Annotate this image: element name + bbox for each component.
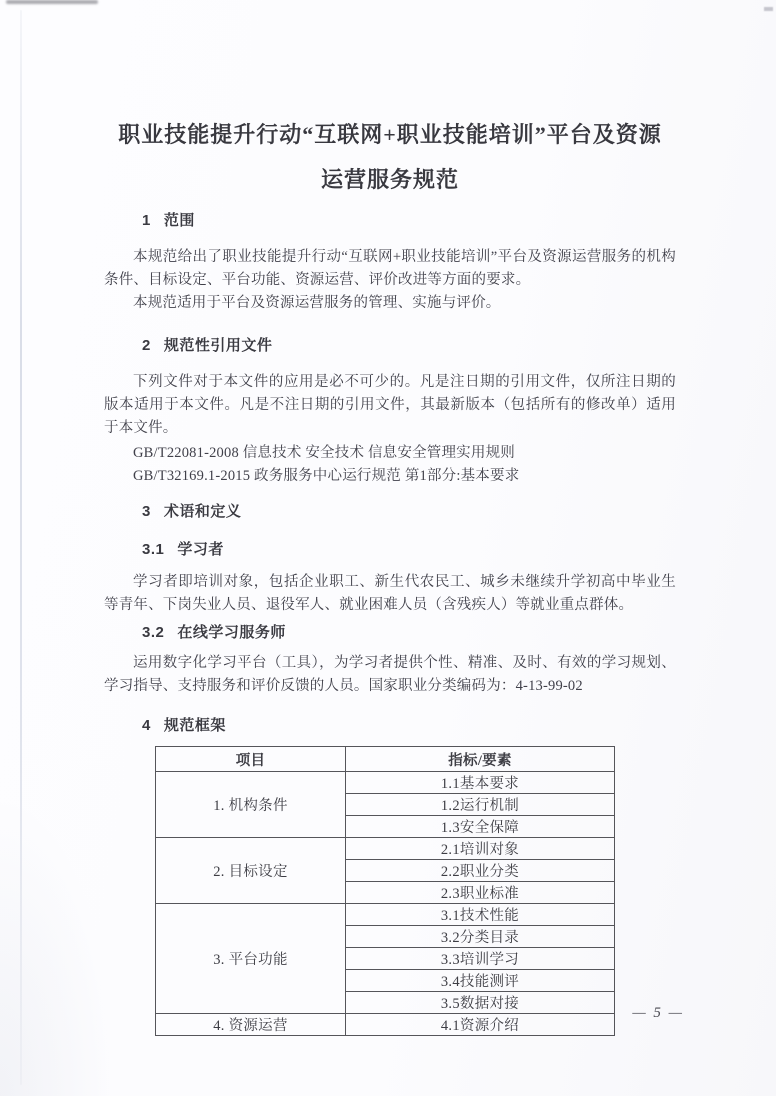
section-2-title: 规范性引用文件: [164, 337, 273, 354]
table-cell-element: 1.3安全保障: [346, 816, 615, 838]
table-cell-element: 2.2职业分类: [346, 860, 615, 882]
table-row: 4. 资源运营 4.1资源介绍: [156, 1014, 615, 1036]
table-cell-element: 1.1基本要求: [346, 772, 615, 794]
scan-shading-bottom-left: [0, 796, 120, 1096]
section-3-1-heading: 3.1学习者: [104, 539, 676, 561]
section-3-2-number: 3.2: [142, 624, 164, 641]
table-cell-group-4: 4. 资源运营: [156, 1014, 346, 1036]
section-1-paragraph-1: 本规范给出了职业技能提升行动“互联网+职业技能培训”平台及资源运营服务的机构条件…: [104, 246, 676, 292]
section-3-1-title: 学习者: [177, 541, 224, 558]
document-content: 职业技能提升行动“互联网+职业技能培训”平台及资源 运营服务规范 1范围 本规范…: [104, 0, 676, 1036]
page-number: — 5 —: [632, 1005, 684, 1022]
section-2-number: 2: [142, 337, 151, 354]
scanned-document-page: 职业技能提升行动“互联网+职业技能培训”平台及资源 运营服务规范 1范围 本规范…: [0, 0, 776, 1096]
section-3-title: 术语和定义: [164, 503, 242, 520]
section-3-heading: 3术语和定义: [104, 501, 676, 523]
section-3-number: 3: [142, 503, 151, 520]
section-1-number: 1: [142, 212, 151, 229]
table-cell-element: 2.3职业标准: [346, 882, 615, 904]
table-cell-group-2: 2. 目标设定: [156, 838, 346, 904]
table-cell-element: 3.5数据对接: [346, 992, 615, 1014]
section-4-heading: 4规范框架: [104, 715, 676, 737]
section-3-1-paragraph: 学习者即培训对象，包括企业职工、新生代农民工、城乡未继续升学初高中毕业生等青年、…: [104, 571, 676, 617]
table-cell-group-3: 3. 平台功能: [156, 904, 346, 1014]
section-1-heading: 1范围: [104, 210, 676, 232]
framework-table-container: 项目 指标/要素 1. 机构条件 1.1基本要求 1.2运行机制 1.3安全保障…: [104, 746, 676, 1036]
table-cell-element: 3.1技术性能: [346, 904, 615, 926]
table-header-row: 项目 指标/要素: [156, 747, 615, 772]
reference-gbt32169: GB/T32169.1-2015 政务服务中心运行规范 第1部分:基本要求: [104, 465, 676, 488]
table-cell-element: 3.4技能测评: [346, 970, 615, 992]
table-cell-element: 4.1资源介绍: [346, 1014, 615, 1036]
table-header-element: 指标/要素: [346, 747, 615, 772]
table-cell-element: 2.1培训对象: [346, 838, 615, 860]
section-4-number: 4: [142, 717, 151, 734]
section-1-paragraph-2: 本规范适用于平台及资源运营服务的管理、实施与评价。: [104, 292, 676, 315]
table-cell-group-1: 1. 机构条件: [156, 772, 346, 838]
framework-table: 项目 指标/要素 1. 机构条件 1.1基本要求 1.2运行机制 1.3安全保障…: [155, 746, 615, 1036]
document-title: 职业技能提升行动“互联网+职业技能培训”平台及资源 运营服务规范: [104, 112, 676, 202]
table-row: 3. 平台功能 3.1技术性能: [156, 904, 615, 926]
section-2-paragraph-1: 下列文件对于本文件的应用是必不可少的。凡是注日期的引用文件，仅所注日期的版本适用…: [104, 371, 676, 440]
table-row: 2. 目标设定 2.1培训对象: [156, 838, 615, 860]
document-title-line2: 运营服务规范: [104, 157, 676, 202]
table-row: 1. 机构条件 1.1基本要求: [156, 772, 615, 794]
reference-gbt22081: GB/T22081-2008 信息技术 安全技术 信息安全管理实用规则: [104, 442, 676, 465]
table-cell-element: 3.2分类目录: [346, 926, 615, 948]
section-4-title: 规范框架: [164, 717, 226, 734]
scan-mark-top-right: [764, 7, 773, 11]
section-3-2-paragraph: 运用数字化学习平台（工具），为学习者提供个性、精准、及时、有效的学习规划、学习指…: [104, 652, 676, 698]
table-cell-element: 3.3培训学习: [346, 948, 615, 970]
section-3-1-number: 3.1: [142, 541, 164, 558]
table-header-item: 项目: [156, 747, 346, 772]
section-3-2-heading: 3.2在线学习服务师: [104, 622, 676, 644]
table-cell-element: 1.2运行机制: [346, 794, 615, 816]
section-2-references: GB/T22081-2008 信息技术 安全技术 信息安全管理实用规则 GB/T…: [104, 442, 676, 488]
section-2-heading: 2规范性引用文件: [104, 335, 676, 357]
document-title-line1: 职业技能提升行动“互联网+职业技能培训”平台及资源: [104, 112, 676, 157]
section-3-2-title: 在线学习服务师: [177, 624, 286, 641]
section-1-title: 范围: [164, 212, 195, 229]
scan-smudge-top-left: [6, 0, 98, 4]
